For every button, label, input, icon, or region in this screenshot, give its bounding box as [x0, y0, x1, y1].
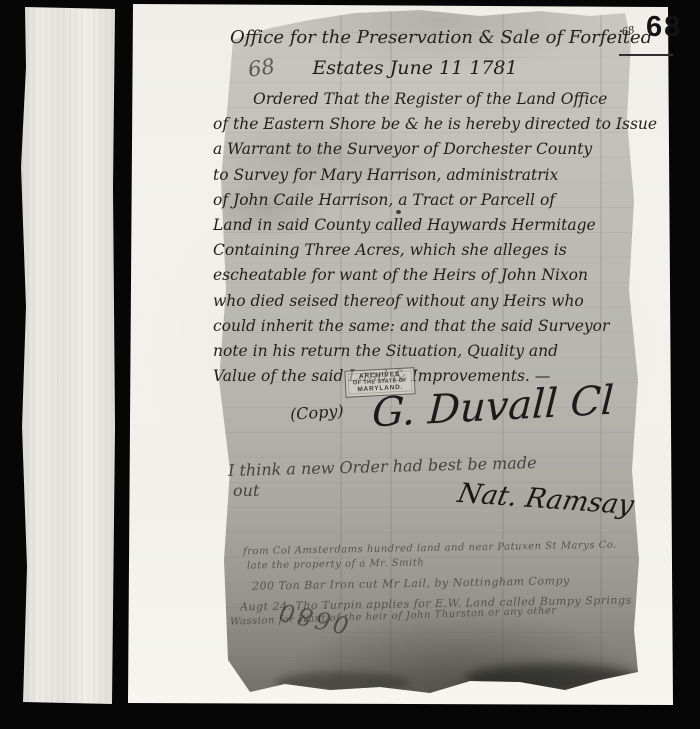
order-body-text: Ordered That the Register of the Land Of…: [213, 87, 645, 389]
body-line: of the Eastern Shore be & he is hereby d…: [213, 112, 645, 137]
body-line: who died seised thereof without any Heir…: [213, 289, 645, 314]
frame-number-label: 68: [646, 11, 696, 44]
body-line: of John Caile Harrison, a Tract or Parce…: [213, 188, 645, 213]
body-line: note in his return the Situation, Qualit…: [213, 339, 645, 364]
body-line: Ordered That the Register of the Land Of…: [253, 87, 645, 112]
body-line: Containing Three Acres, which she allege…: [213, 238, 645, 263]
document-title-line2: Estates June 11 1781: [235, 57, 595, 79]
microfilm-photo: 68 68 68 Office for the Preservation & S…: [0, 0, 700, 729]
frame-label-rule: [619, 54, 673, 56]
body-line: a Warrant to the Surveyor of Dorchester …: [213, 137, 645, 162]
document-title-line1: Office for the Preservation & Sale of Fo…: [230, 27, 640, 48]
body-line: Land in said County called Haywards Herm…: [213, 213, 645, 238]
copy-label: (Copy): [289, 401, 344, 424]
body-line: escheatable for want of the Heirs of Joh…: [213, 263, 645, 288]
marginal-note-line2: out: [233, 481, 259, 500]
film-strip: [21, 7, 115, 704]
body-line: to Survey for Mary Harrison, administrat…: [213, 163, 645, 188]
body-line: could inherit the same: and that the sai…: [213, 314, 645, 339]
